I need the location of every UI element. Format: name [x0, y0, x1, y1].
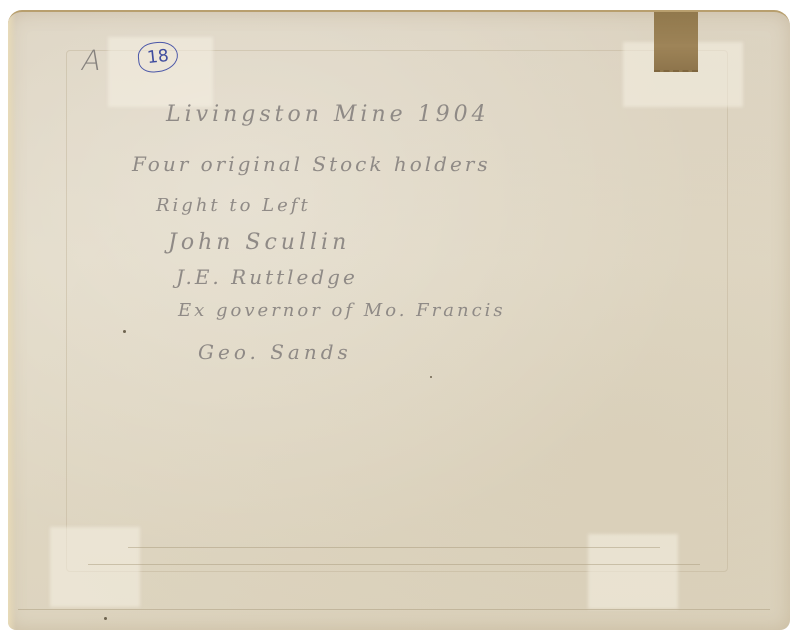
handwriting-name-4: Geo. Sands: [198, 340, 352, 364]
handwriting-name-3: Ex governor of Mo. Francis: [178, 300, 506, 321]
tape-residue-bottom-right: [588, 534, 678, 609]
handwriting-name-1: John Scullin: [168, 230, 350, 255]
paper-speck: [104, 617, 107, 620]
handwriting-line-subtitle: Four original Stock holders: [132, 152, 491, 176]
photo-card-back: A 18 Livingston Mine 1904 Four original …: [8, 10, 790, 630]
scan-background: A 18 Livingston Mine 1904 Four original …: [0, 0, 800, 635]
tape-residue-bottom-left: [50, 527, 140, 607]
bottom-rule-upper: [128, 547, 660, 548]
card-edge-yellowing: [8, 12, 16, 630]
bottom-rule-lower: [18, 609, 770, 610]
brown-tape-strip: [654, 10, 698, 72]
paper-speck: [430, 376, 432, 378]
bottom-rule-middle: [88, 564, 700, 565]
handwriting-line-title: Livingston Mine 1904: [166, 102, 490, 127]
circled-number-text: 18: [146, 46, 170, 68]
paper-speck: [123, 330, 126, 333]
handwriting-name-2: J.E. Ruttledge: [176, 265, 358, 289]
handwriting-line-order: Right to Left: [156, 195, 311, 216]
